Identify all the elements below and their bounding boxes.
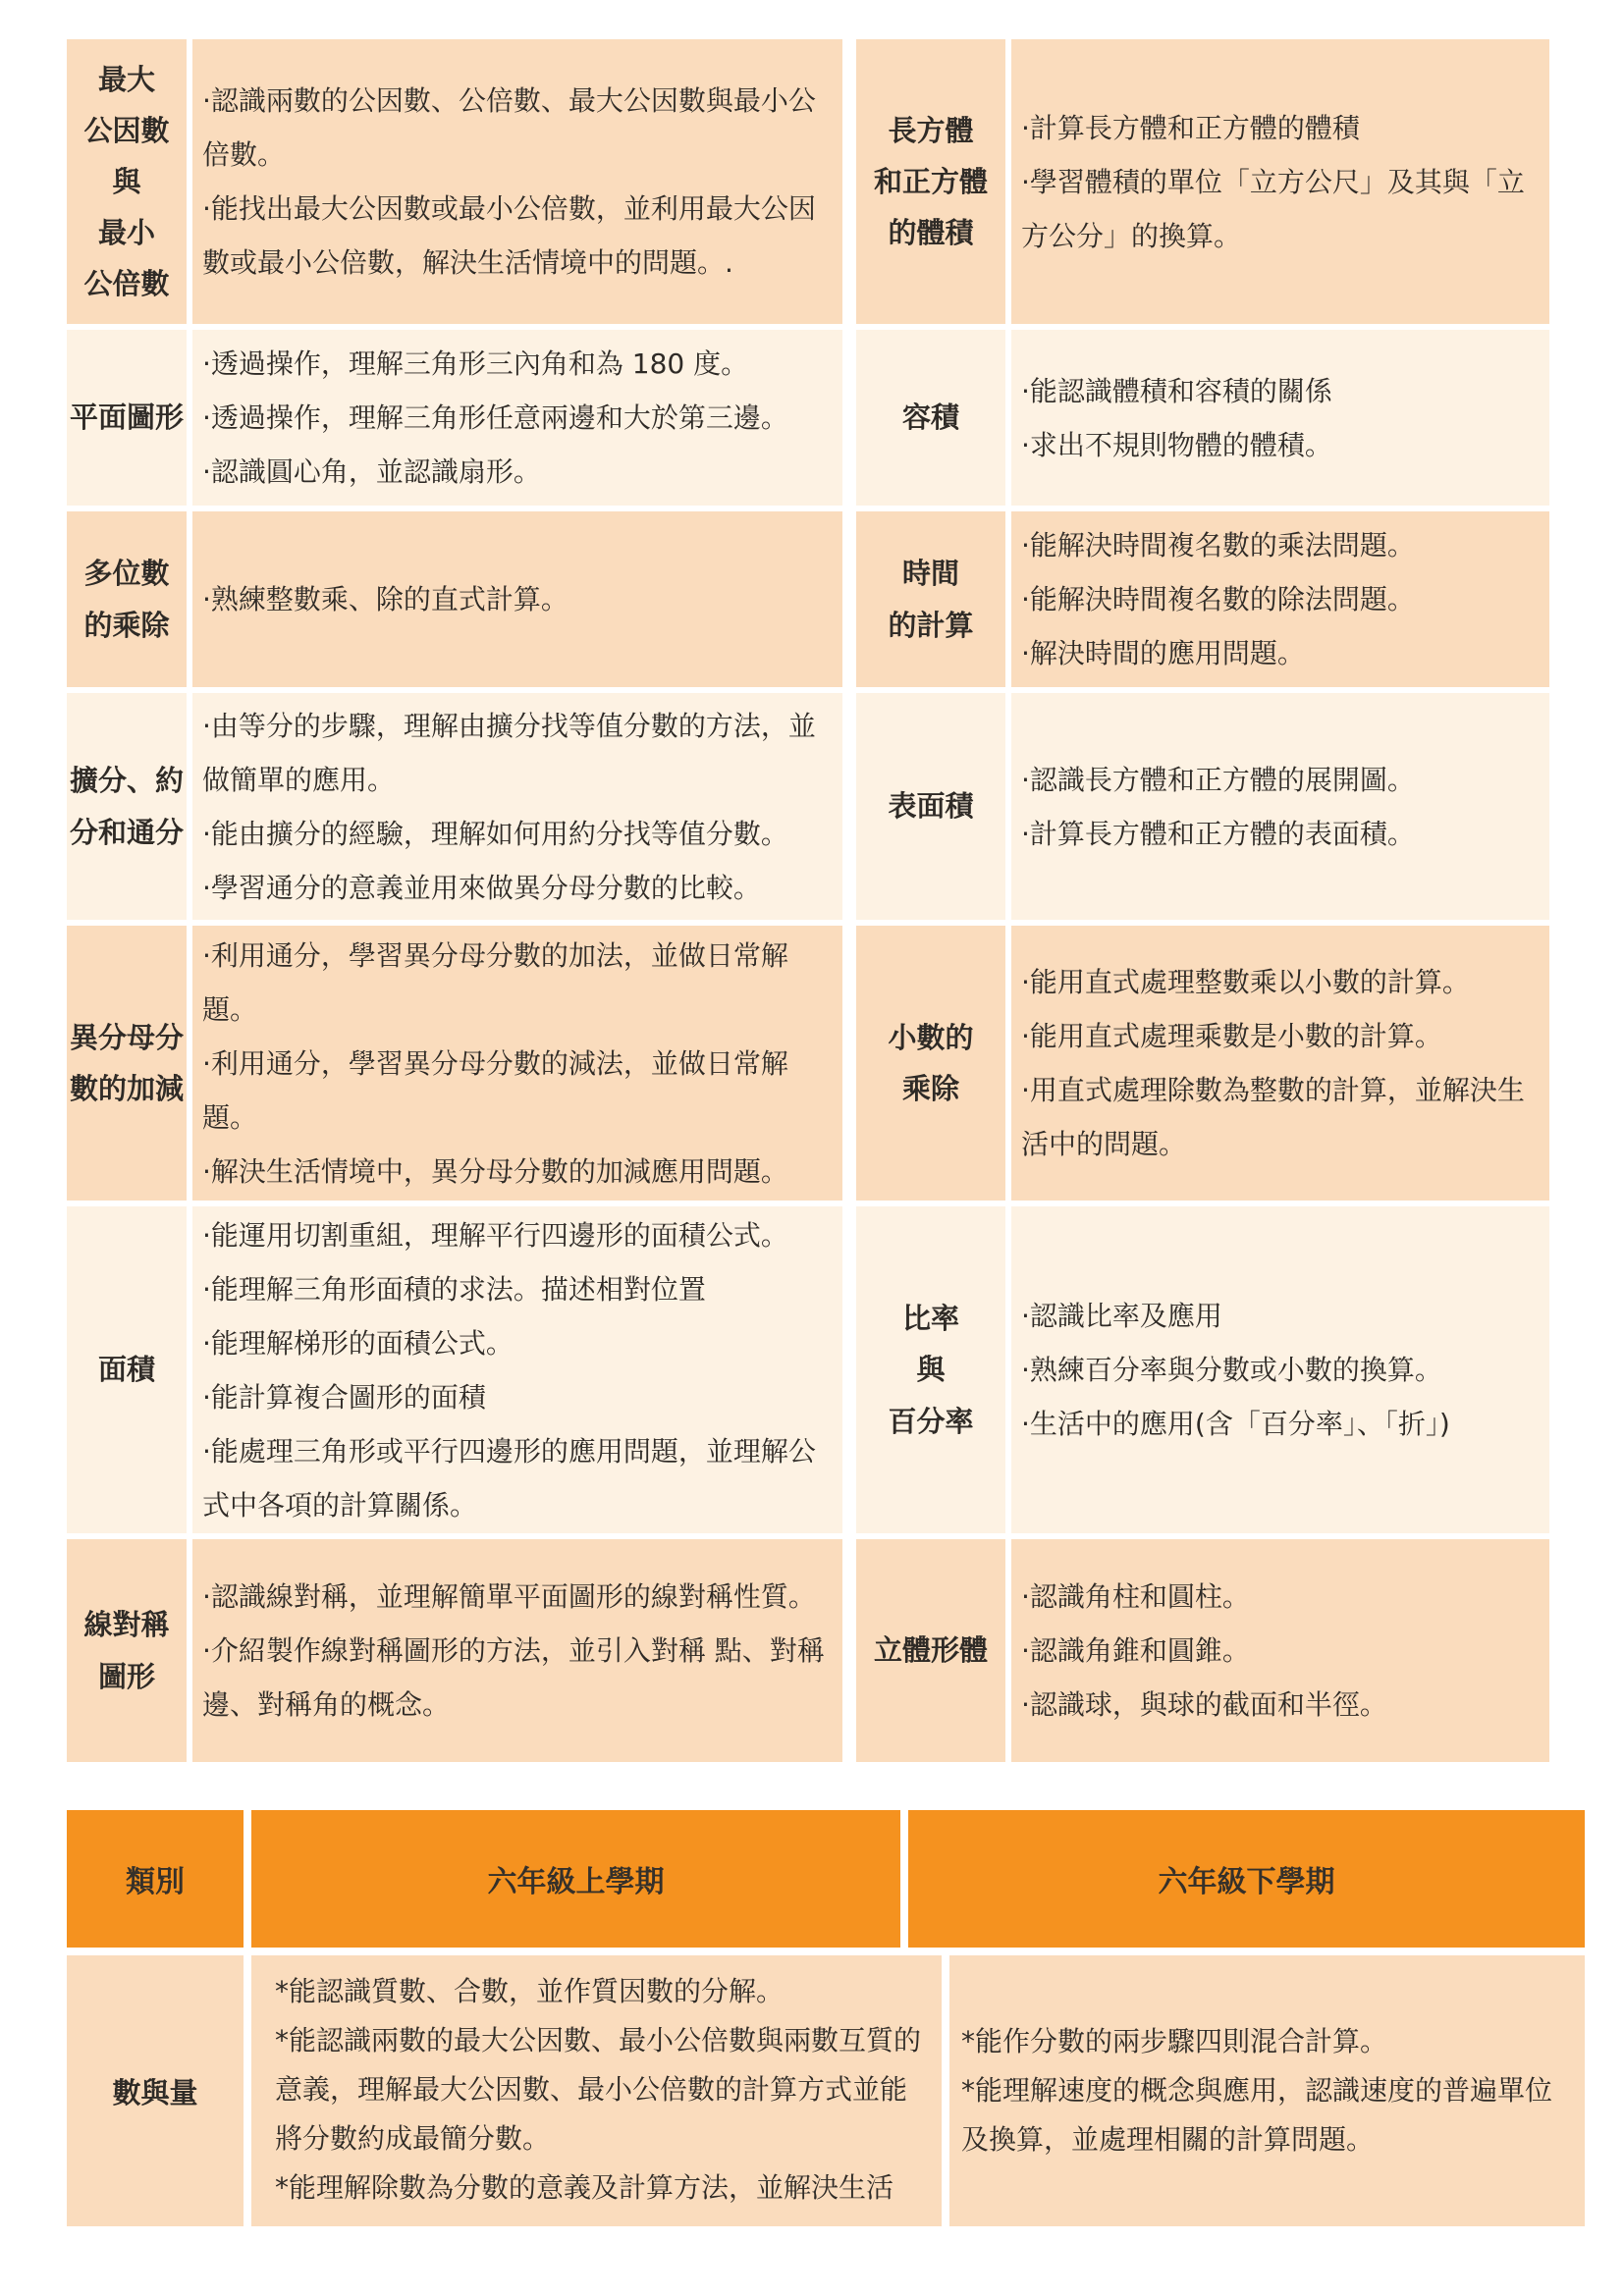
curriculum-item: ·利用通分，學習異分母分數的加法，並做日常解題。: [202, 929, 835, 1037]
curriculum-item: ·生活中的應用(含「百分率」、「折」): [1021, 1397, 1542, 1451]
curriculum-item: ·熟練百分率與分數或小數的換算。: [1021, 1343, 1542, 1397]
topic-content: ·認識角柱和圓柱。 ·認識角錐和圓錐。 ·認識球，與球的截面和半徑。: [1011, 1539, 1549, 1762]
curriculum-item: ·計算長方體和正方體的表面積。: [1021, 807, 1542, 861]
topic-content: ·透過操作，理解三角形三內角和為 180 度。 ·透過操作，理解三角形任意兩邊和…: [192, 330, 842, 506]
table-row: 最大 公因數 與 最小 公倍數 ·認識兩數的公因數、公倍數、最大公因數與最小公倍…: [67, 39, 842, 324]
curriculum-item: *能作分數的兩步驟四則混合計算。: [961, 2017, 1563, 2066]
topic-content: ·能運用切割重組，理解平行四邊形的面積公式。 ·能理解三角形面積的求法。描述相對…: [192, 1206, 842, 1533]
topic-header-decimal-mult-div: 小數的 乘除: [856, 926, 1005, 1201]
curriculum-item: *能理解速度的概念與應用，認識速度的普遍單位及換算，並處理相關的計算問題。: [961, 2066, 1563, 2164]
table-row: 時間 的計算 ·能解決時間複名數的乘法問題。 ·能解決時間複名數的除法問題。 ·…: [856, 511, 1549, 687]
topic-content: ·熟練整數乘、除的直式計算。: [192, 511, 842, 687]
curriculum-item: ·能運用切割重組，理解平行四邊形的面積公式。: [202, 1208, 835, 1262]
topic-content: ·認識長方體和正方體的展開圖。 ·計算長方體和正方體的表面積。: [1011, 693, 1549, 920]
topic-header-solid-shapes: 立體形體: [856, 1539, 1005, 1762]
curriculum-item: ·認識比率及應用: [1021, 1289, 1542, 1343]
curriculum-page: 最大 公因數 與 最小 公倍數 ·認識兩數的公因數、公倍數、最大公因數與最小公倍…: [0, 0, 1624, 2296]
curriculum-item: ·能解決時間複名數的乘法問題。: [1021, 518, 1542, 572]
table-row: 平面圖形 ·透過操作，理解三角形三內角和為 180 度。 ·透過操作，理解三角形…: [67, 330, 842, 506]
topic-header-fractions-expand-reduce: 擴分、約 分和通分: [67, 693, 187, 920]
header-semester2: 六年級下學期: [908, 1810, 1585, 1948]
curriculum-item: ·計算長方體和正方體的體積: [1021, 101, 1542, 155]
topic-content: ·計算長方體和正方體的體積 ·學習體積的單位「立方公尺」及其與「立方公分」的換算…: [1011, 39, 1549, 324]
grade5-topics-table-right: 長方體 和正方體 的體積 ·計算長方體和正方體的體積 ·學習體積的單位「立方公尺…: [856, 39, 1549, 1762]
curriculum-item: ·能解決時間複名數的除法問題。: [1021, 572, 1542, 626]
curriculum-item: *能認識兩數的最大公因數、最小公倍數與兩數互質的意義，理解最大公因數、最小公倍數…: [275, 2016, 924, 2163]
topic-header-volume-cuboid: 長方體 和正方體 的體積: [856, 39, 1005, 324]
topic-header-capacity: 容積: [856, 330, 1005, 506]
curriculum-item: ·認識線對稱，並理解簡單平面圖形的線對稱性質。: [202, 1570, 835, 1624]
topic-content: ·認識兩數的公因數、公倍數、最大公因數與最小公倍數。 ·能找出最大公因數或最小公…: [192, 39, 842, 324]
grade6-table: 類別 六年級上學期 六年級下學期 數與量 *能認識質數、合數，並作質因數的分解。…: [67, 1810, 1585, 2226]
topic-content: ·能認識體積和容積的關係 ·求出不規則物體的體積。: [1011, 330, 1549, 506]
topic-header-rate-percentage: 比率 與 百分率: [856, 1206, 1005, 1533]
table-row: 多位數 的乘除 ·熟練整數乘、除的直式計算。: [67, 511, 842, 687]
curriculum-item: ·用直式處理除數為整數的計算，並解決生活中的問題。: [1021, 1063, 1542, 1171]
topic-content: ·由等分的步驟，理解由擴分找等值分數的方法，並做簡單的應用。 ·能由擴分的經驗，…: [192, 693, 842, 920]
curriculum-item: ·能計算複合圖形的面積: [202, 1370, 835, 1424]
curriculum-item: ·學習通分的意義並用來做異分母分數的比較。: [202, 861, 835, 915]
topic-header-plane-figures: 平面圖形: [67, 330, 187, 506]
curriculum-item: *能理解除數為分數的意義及計算方法，並解決生活: [275, 2163, 924, 2213]
topic-header-line-symmetry: 線對稱 圖形: [67, 1539, 187, 1762]
topic-header-gcd-lcm: 最大 公因數 與 最小 公倍數: [67, 39, 187, 324]
semester2-content: *能作分數的兩步驟四則混合計算。 *能理解速度的概念與應用，認識速度的普遍單位及…: [949, 1955, 1585, 2226]
curriculum-item: ·能理解三角形面積的求法。描述相對位置: [202, 1262, 835, 1316]
topic-header-multidigit: 多位數 的乘除: [67, 511, 187, 687]
curriculum-item: ·熟練整數乘、除的直式計算。: [202, 572, 835, 626]
curriculum-item: ·由等分的步驟，理解由擴分找等值分數的方法，並做簡單的應用。: [202, 699, 835, 807]
curriculum-item: ·介紹製作線對稱圖形的方法，並引入對稱 點、對稱邊、對稱角的概念。: [202, 1624, 835, 1732]
curriculum-item: ·解決生活情境中，異分母分數的加減應用問題。: [202, 1145, 835, 1199]
topic-header-time-calculation: 時間 的計算: [856, 511, 1005, 687]
topic-header-surface-area: 表面積: [856, 693, 1005, 920]
topic-content: ·認識比率及應用 ·熟練百分率與分數或小數的換算。 ·生活中的應用(含「百分率」…: [1011, 1206, 1549, 1533]
table-row: 立體形體 ·認識角柱和圓柱。 ·認識角錐和圓錐。 ·認識球，與球的截面和半徑。: [856, 1539, 1549, 1762]
table-row: 表面積 ·認識長方體和正方體的展開圖。 ·計算長方體和正方體的表面積。: [856, 693, 1549, 920]
curriculum-item: ·認識圓心角，並認識扇形。: [202, 445, 835, 499]
topic-content: ·認識線對稱，並理解簡單平面圖形的線對稱性質。 ·介紹製作線對稱圖形的方法，並引…: [192, 1539, 842, 1762]
curriculum-item: ·利用通分，學習異分母分數的減法，並做日常解題。: [202, 1037, 835, 1145]
curriculum-item: ·能用直式處理乘數是小數的計算。: [1021, 1009, 1542, 1063]
curriculum-item: ·認識角柱和圓柱。: [1021, 1570, 1542, 1624]
curriculum-item: ·透過操作，理解三角形三內角和為 180 度。: [202, 337, 835, 391]
curriculum-item: ·認識兩數的公因數、公倍數、最大公因數與最小公倍數。: [202, 74, 835, 182]
category-number-and-quantity: 數與量: [67, 1955, 244, 2226]
curriculum-item: ·認識角錐和圓錐。: [1021, 1624, 1542, 1678]
table-row: 長方體 和正方體 的體積 ·計算長方體和正方體的體積 ·學習體積的單位「立方公尺…: [856, 39, 1549, 324]
semester1-content: *能認識質數、合數，並作質因數的分解。 *能認識兩數的最大公因數、最小公倍數與兩…: [251, 1955, 942, 2226]
table-row: 容積 ·能認識體積和容積的關係 ·求出不規則物體的體積。: [856, 330, 1549, 506]
table-row: 小數的 乘除 ·能用直式處理整數乘以小數的計算。 ·能用直式處理乘數是小數的計算…: [856, 926, 1549, 1201]
topic-content: ·利用通分，學習異分母分數的加法，並做日常解題。 ·利用通分，學習異分母分數的減…: [192, 926, 842, 1201]
topic-header-unlike-denominators: 異分母分 數的加減: [67, 926, 187, 1201]
curriculum-item: ·認識球，與球的截面和半徑。: [1021, 1678, 1542, 1732]
table-row: 擴分、約 分和通分 ·由等分的步驟，理解由擴分找等值分數的方法，並做簡單的應用。…: [67, 693, 842, 920]
table-row: 比率 與 百分率 ·認識比率及應用 ·熟練百分率與分數或小數的換算。 ·生活中的…: [856, 1206, 1549, 1533]
table-row: 異分母分 數的加減 ·利用通分，學習異分母分數的加法，並做日常解題。 ·利用通分…: [67, 926, 842, 1201]
curriculum-item: ·解決時間的應用問題。: [1021, 626, 1542, 680]
curriculum-item: ·認識長方體和正方體的展開圖。: [1021, 753, 1542, 807]
topic-content: ·能用直式處理整數乘以小數的計算。 ·能用直式處理乘數是小數的計算。 ·用直式處…: [1011, 926, 1549, 1201]
curriculum-item: ·能用直式處理整數乘以小數的計算。: [1021, 955, 1542, 1009]
header-category: 類別: [67, 1810, 244, 1948]
grade5-topics-table-left: 最大 公因數 與 最小 公倍數 ·認識兩數的公因數、公倍數、最大公因數與最小公倍…: [67, 39, 842, 1762]
curriculum-item: ·求出不規則物體的體積。: [1021, 418, 1542, 472]
table-row: 面積 ·能運用切割重組，理解平行四邊形的面積公式。 ·能理解三角形面積的求法。描…: [67, 1206, 842, 1533]
topic-header-area: 面積: [67, 1206, 187, 1533]
topic-content: ·能解決時間複名數的乘法問題。 ·能解決時間複名數的除法問題。 ·解決時間的應用…: [1011, 511, 1549, 687]
table-row: 線對稱 圖形 ·認識線對稱，並理解簡單平面圖形的線對稱性質。 ·介紹製作線對稱圖…: [67, 1539, 842, 1762]
curriculum-item: *能認識質數、合數，並作質因數的分解。: [275, 1967, 924, 2016]
curriculum-item: ·能理解梯形的面積公式。: [202, 1316, 835, 1370]
curriculum-item: ·能處理三角形或平行四邊形的應用問題，並理解公式中各項的計算關係。: [202, 1424, 835, 1532]
curriculum-item: ·能找出最大公因數或最小公倍數，並利用最大公因數或最小公倍數，解決生活情境中的問…: [202, 182, 835, 290]
grade6-header-row: 類別 六年級上學期 六年級下學期: [67, 1810, 1585, 1948]
header-semester1: 六年級上學期: [251, 1810, 900, 1948]
curriculum-item: ·能認識體積和容積的關係: [1021, 364, 1542, 418]
grade6-body-row: 數與量 *能認識質數、合數，並作質因數的分解。 *能認識兩數的最大公因數、最小公…: [67, 1955, 1585, 2226]
curriculum-item: ·透過操作，理解三角形任意兩邊和大於第三邊。: [202, 391, 835, 445]
curriculum-item: ·能由擴分的經驗，理解如何用約分找等值分數。: [202, 807, 835, 861]
curriculum-item: ·學習體積的單位「立方公尺」及其與「立方公分」的換算。: [1021, 155, 1542, 263]
